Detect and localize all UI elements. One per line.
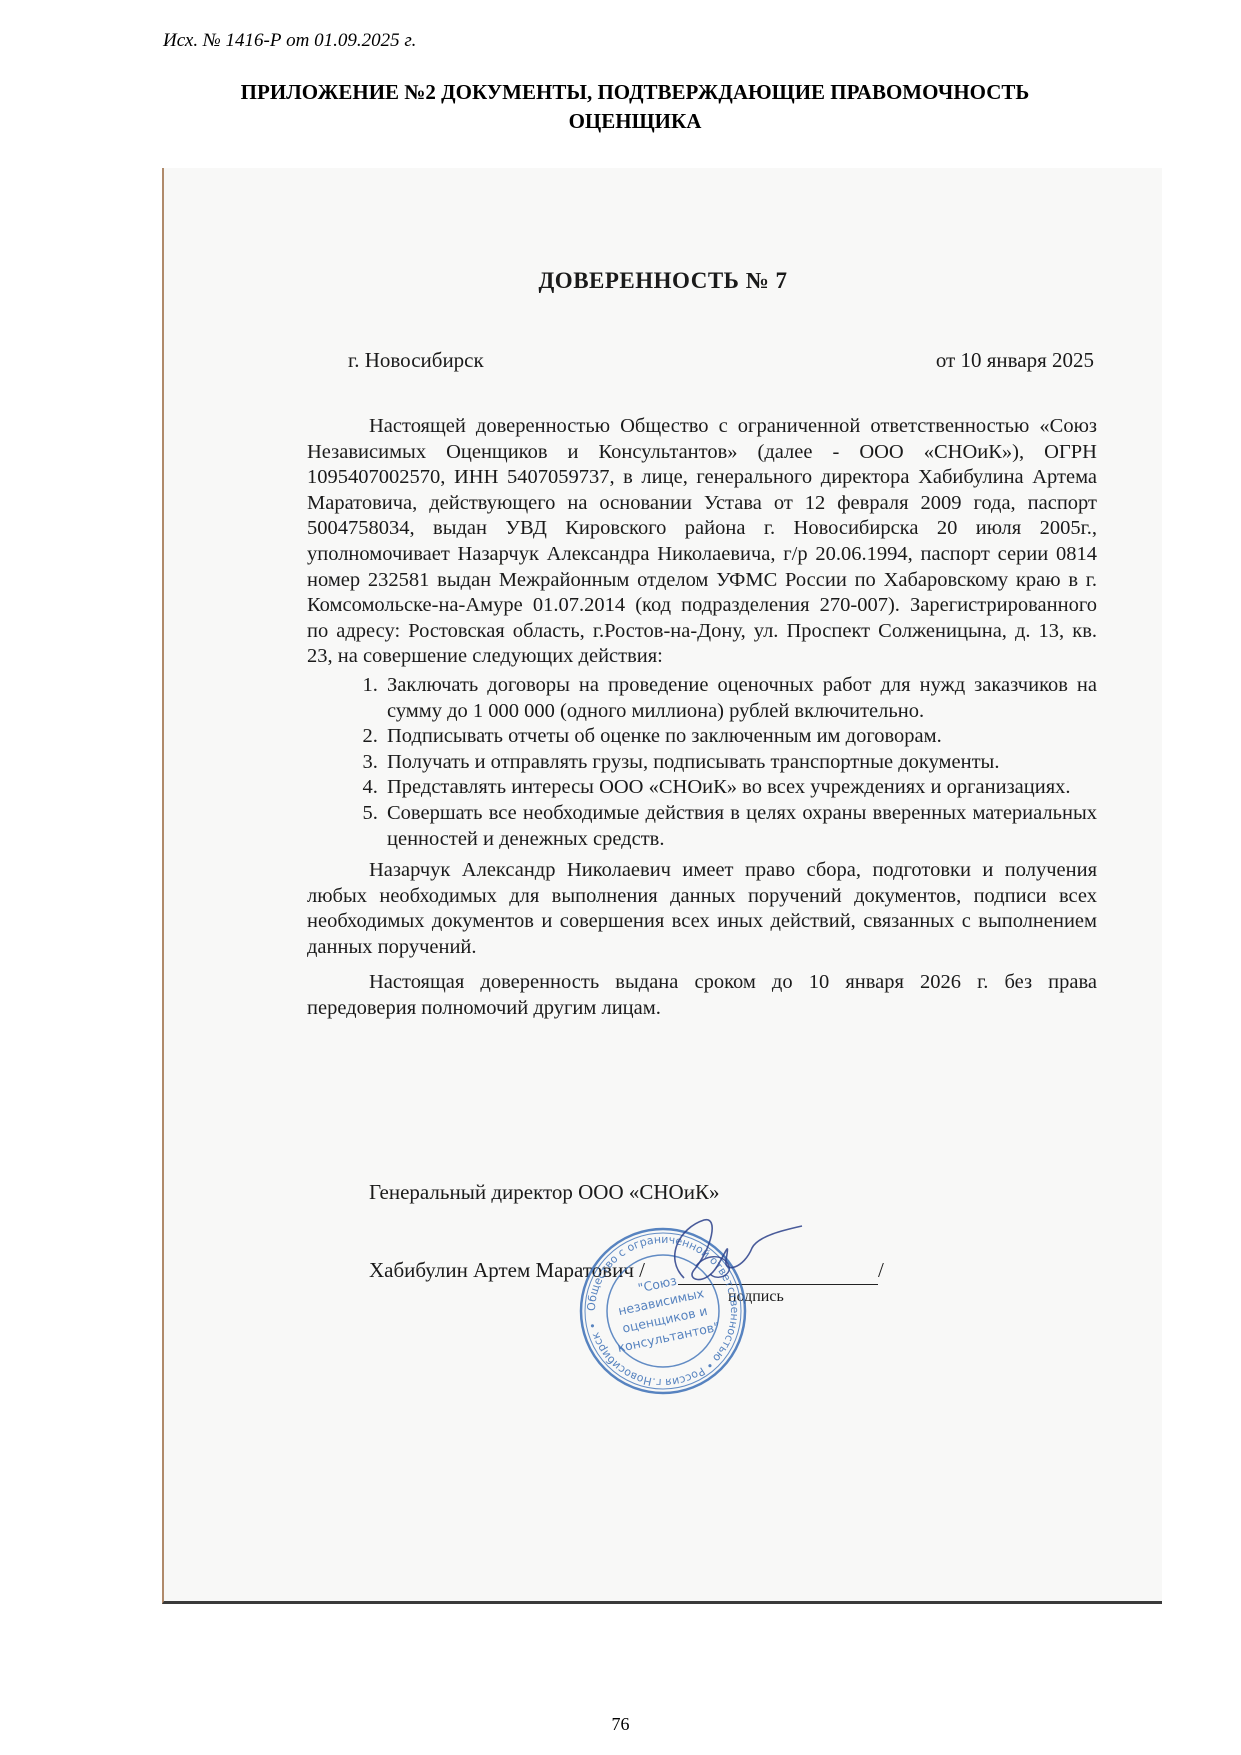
power-item: Заключать договоры на проведение оценочн…	[383, 673, 1097, 724]
reference-number: Исх. № 1416-Р от 01.09.2025 г.	[163, 30, 416, 52]
appendix-title: ПРИЛОЖЕНИЕ №2 ДОКУМЕНТЫ, ПОДТВЕРЖДАЮЩИЕ …	[150, 78, 1120, 136]
appendix-title-line2: ОЦЕНЩИКА	[150, 107, 1120, 136]
document-date: от 10 января 2025	[936, 348, 1094, 373]
power-item: Подписывать отчеты об оценке по заключен…	[383, 724, 1097, 750]
appendix-title-line1: ПРИЛОЖЕНИЕ №2 ДОКУМЕНТЫ, ПОДТВЕРЖДАЮЩИЕ …	[150, 78, 1120, 107]
power-item: Получать и отправлять грузы, подписывать…	[383, 750, 1097, 776]
document-city: г. Новосибирск	[348, 348, 484, 373]
power-item: Представлять интересы ООО «СНОиК» во все…	[383, 775, 1097, 801]
power-item: Совершать все необходимые действия в цел…	[383, 801, 1097, 852]
rights-paragraph: Назарчук Александр Николаевич имеет прав…	[307, 858, 1097, 960]
document-title: ДОВЕРЕННОСТЬ № 7	[164, 268, 1162, 294]
signature-slash: /	[878, 1258, 884, 1283]
intro-paragraph: Настоящей доверенностью Общество с огран…	[307, 414, 1097, 670]
document-body: Настоящей доверенностью Общество с огран…	[307, 414, 1097, 1022]
powers-list: Заключать договоры на проведение оценочн…	[307, 673, 1097, 852]
scanned-document: ДОВЕРЕННОСТЬ № 7 г. Новосибирск от 10 ян…	[162, 168, 1162, 1604]
page-number: 76	[0, 1714, 1241, 1735]
validity-paragraph: Настоящая доверенность выдана сроком до …	[307, 970, 1097, 1021]
signatory-title: Генеральный директор ООО «СНОиК»	[369, 1180, 719, 1205]
handwritten-signature-icon	[634, 1208, 804, 1298]
